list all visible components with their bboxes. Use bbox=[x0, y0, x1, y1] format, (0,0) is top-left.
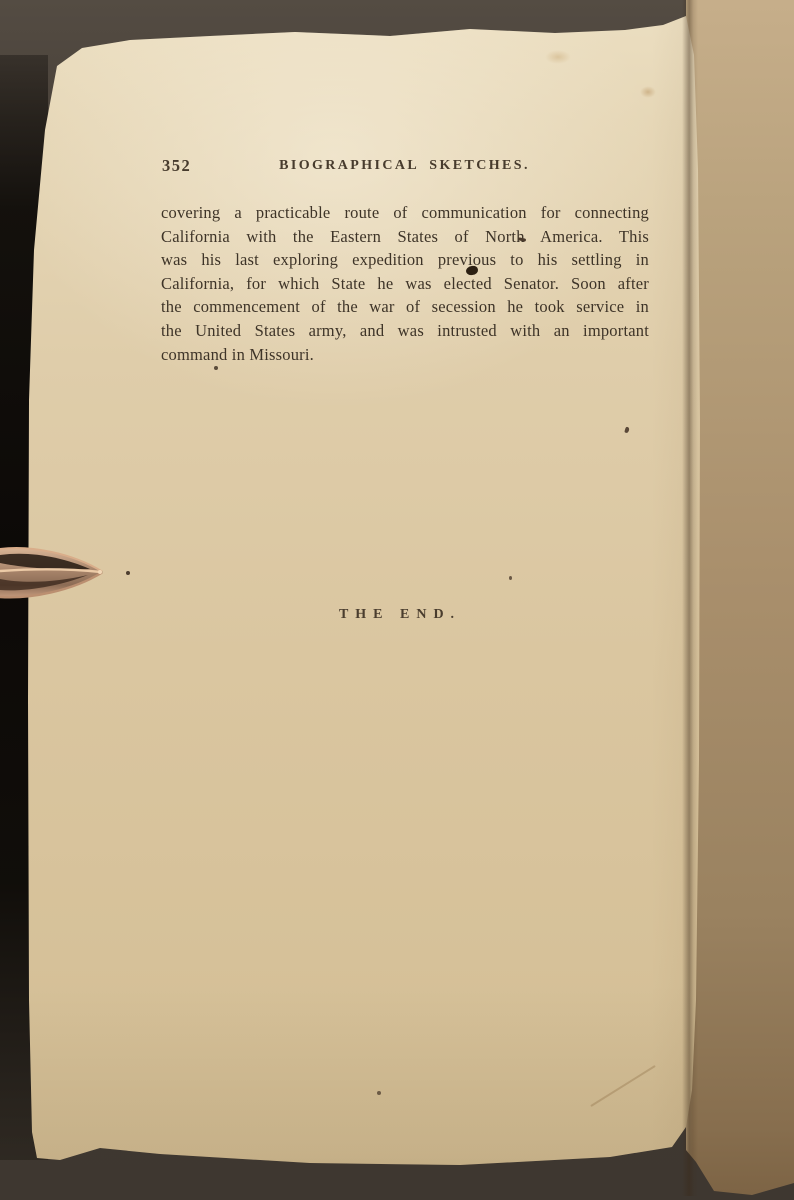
body-line: California, for which State he was elect… bbox=[161, 272, 649, 296]
body-line: covering a practicable route of communic… bbox=[161, 201, 649, 225]
foxing-spot bbox=[545, 50, 571, 64]
body-line: was his last exploring expedition previo… bbox=[161, 248, 649, 272]
book-photo-scene: 352 BIOGRAPHICAL SKETCHES. covering a pr… bbox=[0, 0, 794, 1200]
paper-speck bbox=[509, 576, 512, 580]
blade-tip-glint bbox=[98, 570, 102, 574]
page-gutter-crease bbox=[682, 0, 698, 1196]
book-page: 352 BIOGRAPHICAL SKETCHES. covering a pr… bbox=[0, 0, 794, 1200]
paper-speck bbox=[214, 366, 218, 370]
page-header-row: 352 BIOGRAPHICAL SKETCHES. bbox=[160, 156, 649, 176]
paper-speck bbox=[126, 571, 130, 575]
body-line: the United States army, and was intruste… bbox=[161, 319, 649, 343]
body-line: command in Missouri. bbox=[161, 343, 649, 367]
body-paragraph: covering a practicable route of communic… bbox=[161, 201, 649, 366]
running-header: BIOGRAPHICAL SKETCHES. bbox=[160, 158, 649, 174]
body-line: the commencement of the war of secession… bbox=[161, 295, 649, 319]
adjacent-page-edge bbox=[686, 0, 794, 1200]
paper-scratch bbox=[590, 1065, 656, 1107]
foxing-spot bbox=[640, 86, 656, 98]
the-end-label: THE END. bbox=[161, 607, 639, 623]
body-line: California with the Eastern States of No… bbox=[161, 225, 649, 249]
letter-opener-tip bbox=[0, 541, 110, 605]
paper-speck bbox=[377, 1091, 381, 1095]
